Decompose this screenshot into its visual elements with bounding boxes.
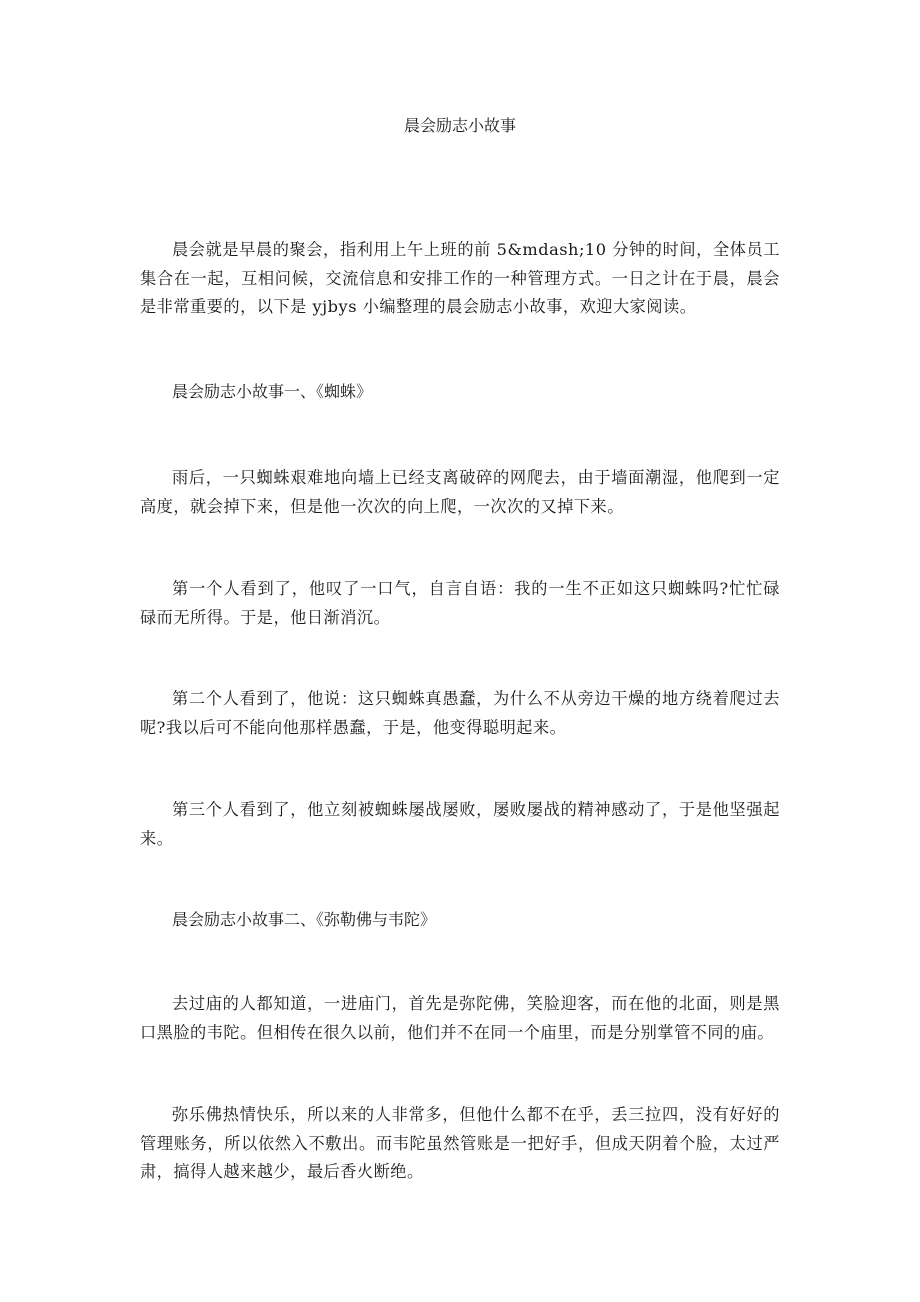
section-heading-maitreya-weituo: 晨会励志小故事二、《弥勒佛与韦陀》 [172,908,436,932]
story-paragraph: 第三个人看到了，他立刻被蜘蛛屡战屡败，屡败屡战的精神感动了，于是他坚强起来。 [140,796,780,853]
document-title: 晨会励志小故事 [0,114,920,138]
story-paragraph: 第一个人看到了，他叹了一口气，自言自语：我的一生不正如这只蜘蛛吗?忙忙碌碌而无所… [140,575,780,632]
story-paragraph: 去过庙的人都知道，一进庙门，首先是弥陀佛，笑脸迎客，而在他的北面，则是黑口黑脸的… [140,990,780,1047]
story-paragraph: 雨后，一只蜘蛛艰难地向墙上已经支离破碎的网爬去，由于墙面潮湿，他爬到一定高度，就… [140,464,780,521]
intro-paragraph: 晨会就是早晨的聚会，指利用上午上班的前 5&mdash;10 分钟的时间，全体员… [140,236,780,322]
story-paragraph: 弥乐佛热情快乐，所以来的人非常多，但他什么都不在乎，丢三拉四，没有好好的管理账务… [140,1101,780,1187]
story-paragraph: 第二个人看到了，他说：这只蜘蛛真愚蠢，为什么不从旁边干燥的地方绕着爬过去呢?我以… [140,685,780,742]
section-heading-spider: 晨会励志小故事一、《蜘蛛》 [172,380,372,404]
document-page: 晨会励志小故事 晨会就是早晨的聚会，指利用上午上班的前 5&mdash;10 分… [0,0,920,1302]
